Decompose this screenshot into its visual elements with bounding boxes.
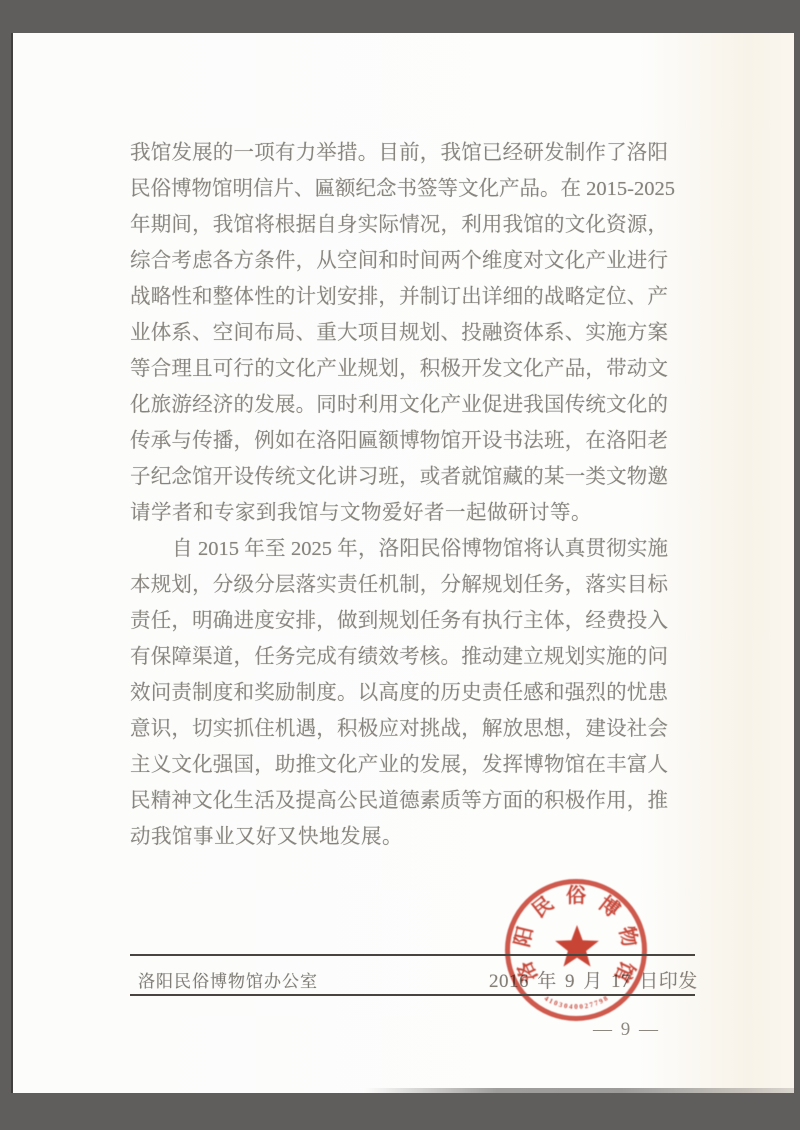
seal-star-icon [553,924,601,972]
text-line: 传承与传播，例如在洛阳匾额博物馆开设书法班，在洛阳老 [130,423,668,459]
text-line: 自 2015 年至 2025 年，洛阳民俗博物馆将认真贯彻实施 [130,531,668,567]
text-line: 本规划，分级分层落实责任机制，分解规划任务，落实目标 [130,567,668,603]
text-line: 效问责制度和奖励制度。以高度的历史责任感和强烈的忧患 [130,675,668,711]
footer-rule-top [130,954,695,956]
text-line: 我馆发展的一项有力举措。目前，我馆已经研发制作了洛阳 [130,135,668,171]
text-line: 有保障渠道，任务完成有绩效考核。推动建立规划实施的问 [130,639,668,675]
scanned-document: { "page": { "background_color": "#5f5e5d… [0,0,800,1130]
text-line: 民俗博物馆明信片、匾额纪念书签等文化产品。在 2015-2025 [130,171,668,207]
text-line: 等合理且可行的文化产业规划，积极开发文化产品，带动文 [130,351,668,387]
text-line: 主义文化强国，助推文化产业的发展，发挥博物馆在丰富人 [130,747,668,783]
body-text: 我馆发展的一项有力举措。目前，我馆已经研发制作了洛阳民俗博物馆明信片、匾额纪念书… [130,135,668,855]
text-line: 动我馆事业又好又快地发展。 [130,819,668,855]
official-seal: 洛阳民俗博物馆 4103040027798 [505,879,647,1021]
text-line: 请学者和专家到我馆与文物爱好者一起做研讨等。 [130,495,668,531]
text-line: 战略性和整体性的计划安排，并制订出详细的战略定位、产 [130,279,668,315]
text-line: 业体系、空间布局、重大项目规划、投融资体系、实施方案 [130,315,668,351]
text-line: 责任，明确进度安排，做到规划任务有执行主体，经费投入 [130,603,668,639]
text-line: 化旅游经济的发展。同时利用文化产业促进我国传统文化的 [130,387,668,423]
text-line: 年期间，我馆将根据自身实际情况，利用我馆的文化资源， [130,207,668,243]
footer-rule-bottom [130,994,695,996]
page-number: — 9 — [593,1019,660,1041]
text-line: 民精神文化生活及提高公民道德素质等方面的积极作用，推 [130,783,668,819]
text-line: 意识，切实抓住机遇，积极应对挑战，解放思想，建设社会 [130,711,668,747]
issuing-office: 洛阳民俗博物馆办公室 [138,967,318,992]
seal-character: 俗 [565,885,587,907]
page-edge-shadow [13,1088,794,1093]
text-line: 子纪念馆开设传统文化讲习班，或者就馆藏的某一类文物邀 [130,459,668,495]
text-line: 综合考虑各方条件，从空间和时间两个维度对文化产业进行 [130,243,668,279]
